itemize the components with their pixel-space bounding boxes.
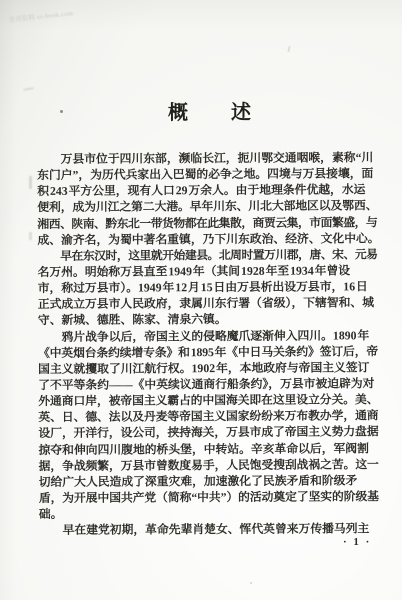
scan-artifact-dot: [250, 582, 252, 584]
text-line: 万县市位于四川东部，濒临长江，扼川鄂交通咽喉，素称“川: [37, 149, 377, 167]
scan-artifact-smudge: [29, 232, 32, 240]
scan-artifact-smudge: [29, 176, 32, 189]
scanned-page: 书刊资料 ss-book.com 概 述 万县市位于四川东部，濒临长江，扼川鄂交…: [0, 0, 402, 600]
text-line: 积 243 平方公里，现有人口 29 万余人。由于地理条件优越，水运: [37, 182, 377, 200]
text-line: 市，称过万县市）。1949 年 12 月 15 日由万县析出设万县市，16 日: [38, 278, 378, 296]
text-line: 据，争战频繁，万县市曾数度易手，人民饱受搜刮战祸之苦。这一: [39, 456, 379, 474]
page-title: 概 述: [9, 95, 402, 126]
text-line: 早在东汉时，这里就开始建县。北周时置万川郡，唐、宋、元易: [38, 246, 378, 264]
text-line: 早在建党初期，革命先辈肖楚女、恽代英曾来万传播马列主: [39, 520, 379, 538]
text-line: 正式成立万县市人民政府，隶属川东行署（省级），下辖智和、城: [38, 294, 378, 312]
text-line: 名万州。明始称万县直至 1949 年（其间 1928 年至 1934 年曾设: [38, 262, 378, 280]
page-number: · 1 ·: [343, 536, 371, 548]
text-line: 鸦片战争以后，帝国主义的侵略魔爪逐渐伸入四川。1890 年: [38, 327, 378, 345]
text-line: 盾，为开展中国共产党（简称“中共”）的活动奠定了坚实的阶级基: [39, 488, 379, 506]
text-line: 掠夺和伸向四川腹地的桥头堡，中转站。辛亥革命以后，军阀割: [39, 440, 379, 458]
scan-artifact-dash: [23, 87, 34, 91]
text-line: 《中英烟台条约续增专条》和 1895 年《中日马关条约》签订后，帝: [38, 343, 378, 361]
text-line: 了不平等条约——《中英续议通商行船条约》，万县市被迫辟为对: [38, 375, 378, 393]
paragraph: 早在东汉时，这里就开始建县。北周时置万川郡，唐、宋、元易名万州。明始称万县直至 …: [38, 246, 378, 328]
paragraph: 鸦片战争以后，帝国主义的侵略魔爪逐渐伸入四川。1890 年《中英烟台条约续增专条…: [38, 327, 379, 522]
scan-artifact-tick: [287, 46, 290, 52]
text-line: 便利，成为川江之第二大港。早年川东、川北大部地区以及鄂西、: [37, 198, 377, 216]
body-text: 万县市位于四川东部，濒临长江，扼川鄂交通咽喉，素称“川东门户”，为历代兵家出入巴…: [37, 149, 379, 538]
text-line: 东门户”，为历代兵家出入巴蜀的必争之地。四境与万县接壤，面: [37, 165, 377, 183]
text-line: 成、渝齐名，为蜀中著名重镇，乃下川东政治、经济、文化中心。: [37, 230, 377, 248]
text-line: 础。: [39, 504, 379, 522]
paragraph: 万县市位于四川东部，濒临长江，扼川鄂交通咽喉，素称“川东门户”，为历代兵家出入巴…: [37, 149, 378, 248]
paragraph: 早在建党初期，革命先辈肖楚女、恽代英曾来万传播马列主: [39, 520, 379, 538]
text-line: 外通商口岸，被帝国主义霸占的中国海关即在这里设立分关。美、: [38, 391, 378, 409]
text-line: 切给广大人民造成了深重灾难，加速激化了民族矛盾和阶级矛: [39, 472, 379, 490]
text-line: 设厂，开洋行，设公司，挟持海关，万县市成了帝国主义势力盘据: [38, 424, 378, 442]
text-line: 湘西、陕南、黔东北一带货物都在此集散，商贾云集，市面繁盛，与: [37, 214, 377, 232]
text-line: 守、新城、德胜、陈家、清泉六镇。: [38, 311, 378, 329]
text-line: 国主义就攫取了川江航行权。1902 年，本地政府与帝国主义签订: [38, 359, 378, 377]
text-line: 英、日、德、法以及丹麦等帝国主义国家纷纷来万布教办学，通商: [38, 407, 378, 425]
scan-watermark: 书刊资料 ss-book.com: [8, 8, 74, 24]
